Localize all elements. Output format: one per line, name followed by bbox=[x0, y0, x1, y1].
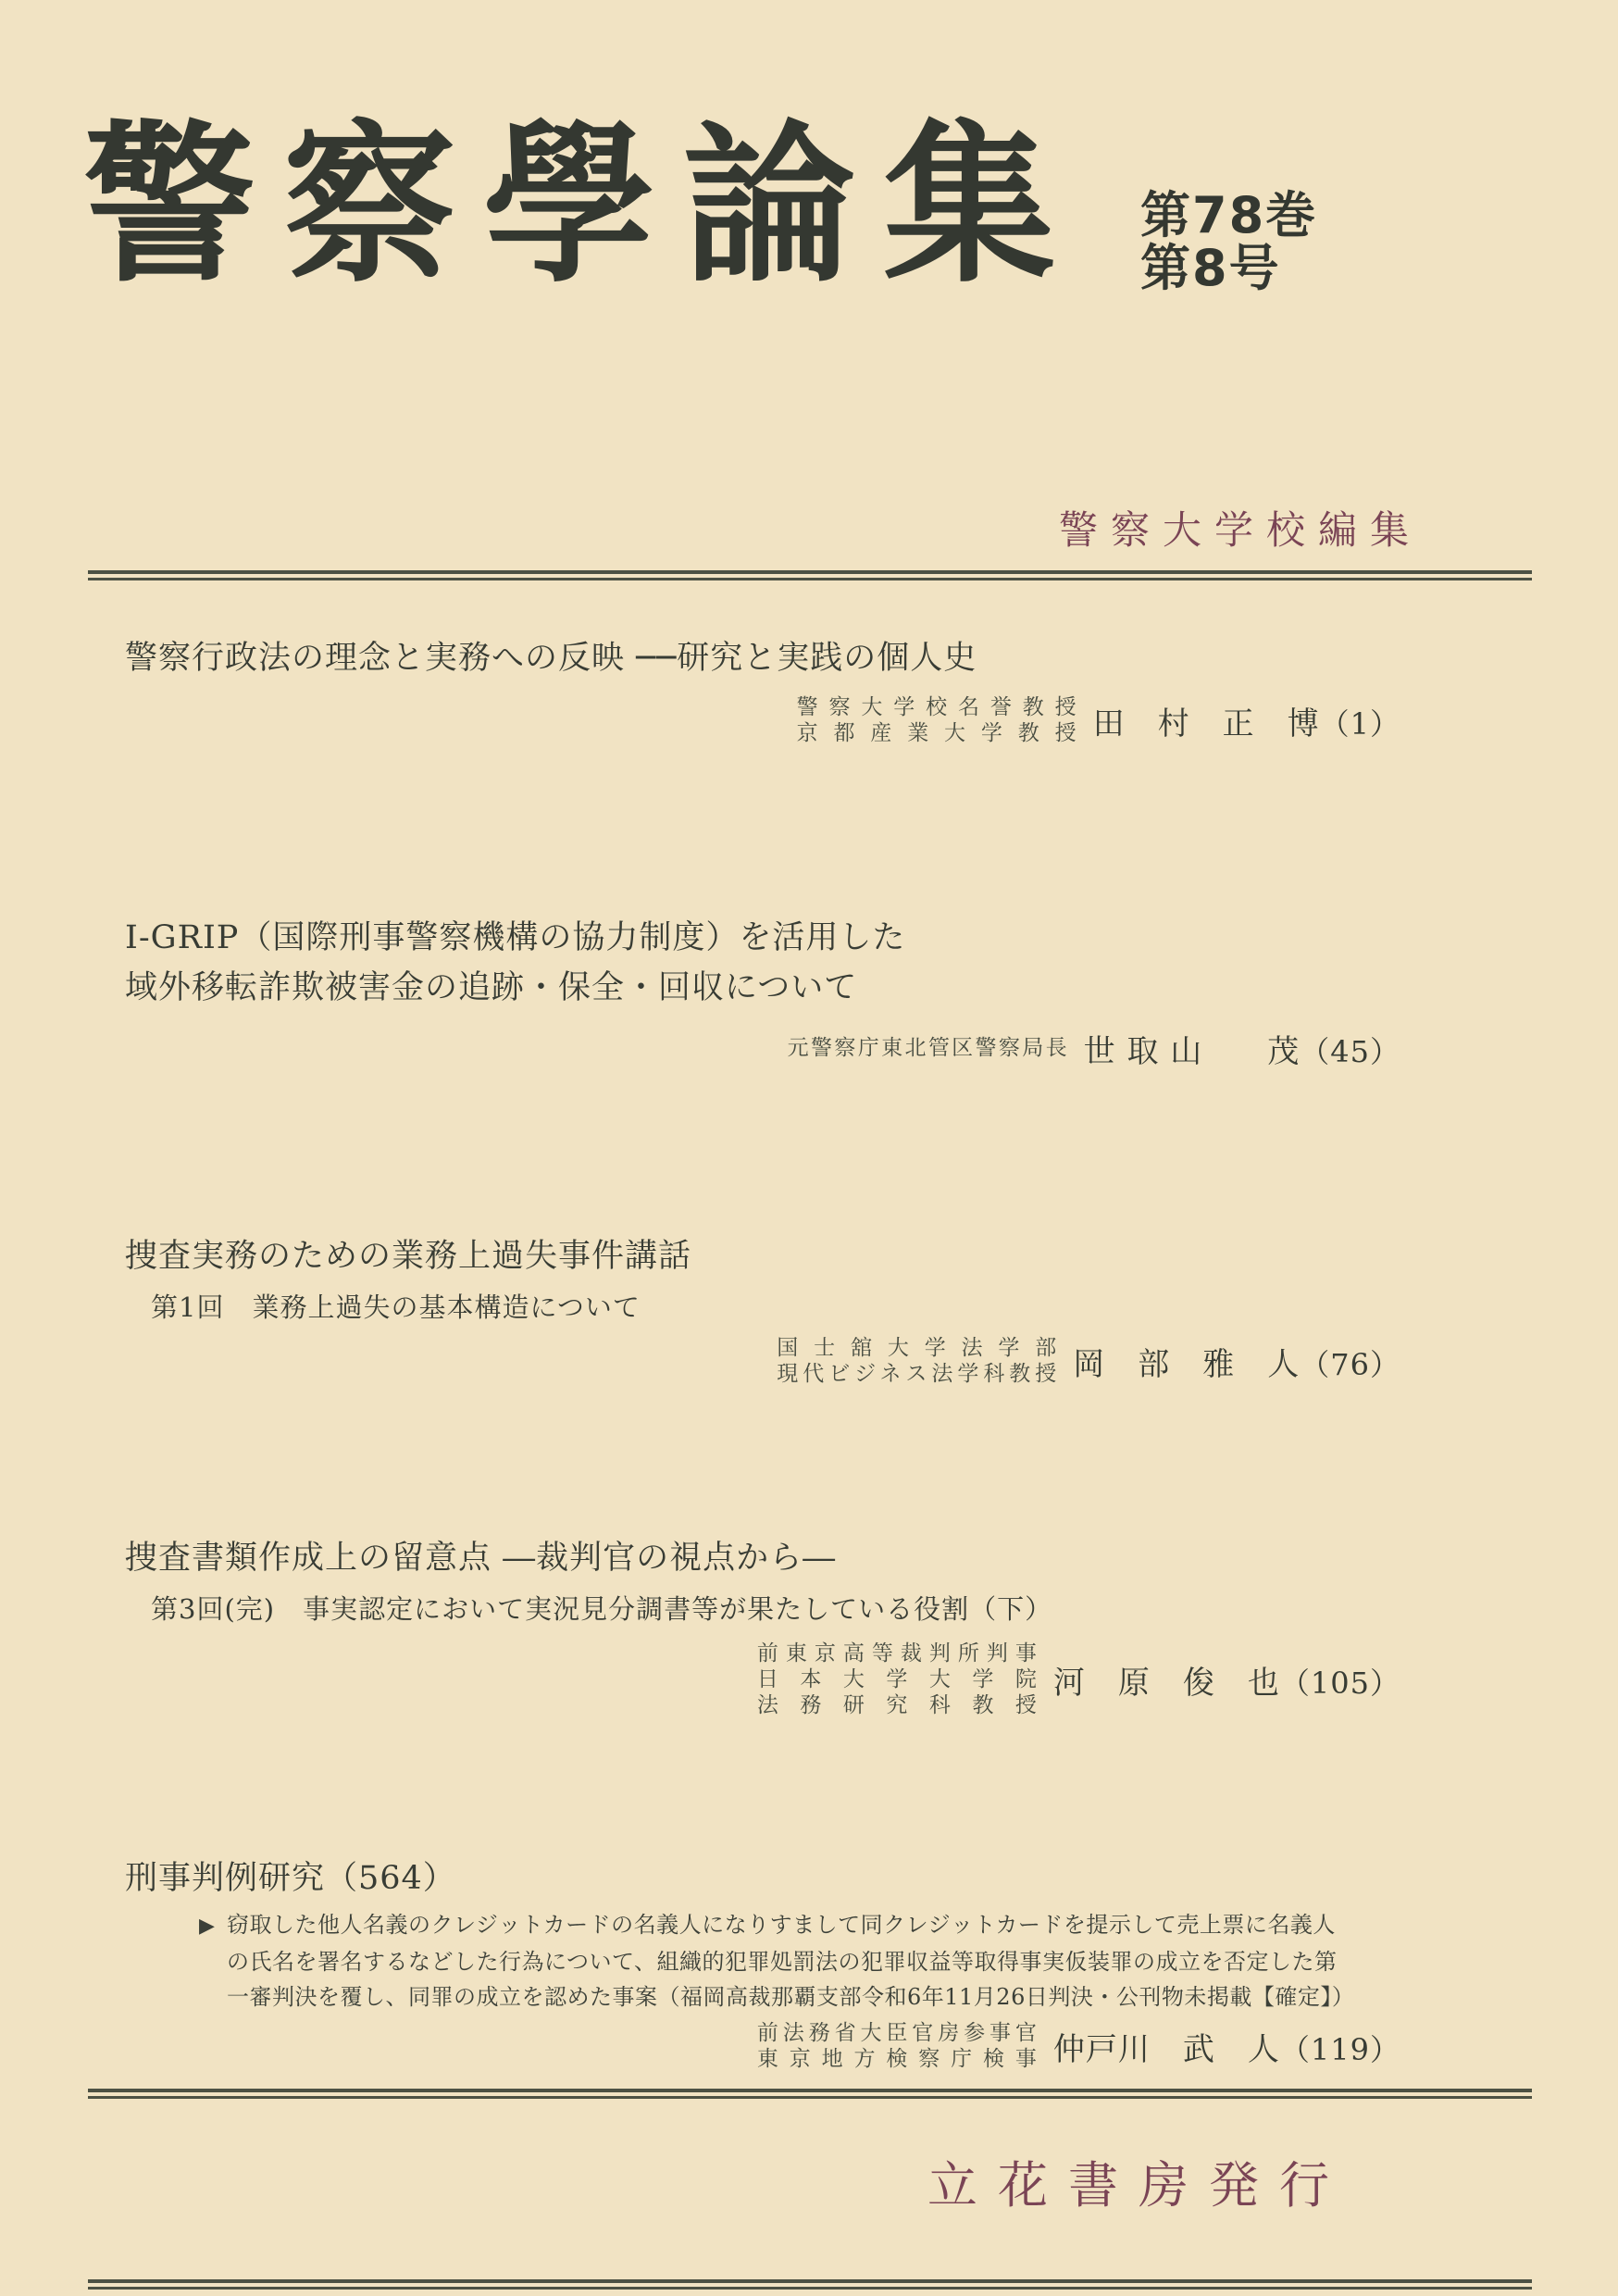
affiliation-line: 法務研究科教授 bbox=[757, 1692, 1037, 1718]
toc-article-4: 捜査書類作成上の留意点 ―裁判官の視点から― 第3回(完) 事実認定において実況… bbox=[88, 1533, 1530, 1718]
case-note-line: ▶窃取した他人名義のクレジットカードの名義人になりすまして同クレジットカードを提… bbox=[199, 1907, 1530, 1944]
author-affiliations: 国士舘大学法学部 現代ビジネス法学科教授 bbox=[777, 1335, 1056, 1387]
article-byline: 警察大学校名誉教授 京都産業大学教授 田 村 正 博（1） bbox=[88, 694, 1530, 746]
article-title-line-1: I-GRIP（国際刑事警察機構の協力制度）を活用した bbox=[88, 913, 1530, 963]
article-title: 捜査実務のための業務上過失事件講話 bbox=[88, 1231, 1530, 1281]
affiliation-line: 警察大学校名誉教授 bbox=[797, 694, 1077, 720]
toc-article-2: I-GRIP（国際刑事警察機構の協力制度）を活用した 域外移転詐欺被害金の追跡・… bbox=[88, 913, 1530, 1071]
affiliation-line: 前法務省大臣官房参事官 bbox=[757, 2020, 1037, 2046]
affiliation-line: 国士舘大学法学部 bbox=[777, 1335, 1056, 1361]
journal-cover: 警察學論集 第78巻 第8号 警察大学校編集 警察行政法の理念と実務への反映 ─… bbox=[0, 0, 1618, 2296]
author-name: 仲戸川 武 人 bbox=[1053, 2031, 1280, 2068]
article-byline: 前法務省大臣官房参事官 東京地方検察庁検事 仲戸川 武 人（119） bbox=[88, 2020, 1530, 2072]
article-title-line-2: 域外移転詐欺被害金の追跡・保全・回収について bbox=[88, 963, 1530, 1013]
affiliation-line: 東京地方検察庁検事 bbox=[757, 2046, 1037, 2072]
divider-top bbox=[88, 570, 1532, 580]
article-byline: 国士舘大学法学部 現代ビジネス法学科教授 岡 部 雅 人（76） bbox=[88, 1335, 1530, 1387]
affiliation-line: 現代ビジネス法学科教授 bbox=[777, 1361, 1056, 1387]
article-title: 捜査書類作成上の留意点 ―裁判官の視点から― bbox=[88, 1533, 1530, 1583]
page-number: （45） bbox=[1300, 1034, 1400, 1069]
author-name: 岡 部 雅 人 bbox=[1073, 1346, 1300, 1383]
case-note-line: の氏名を署名するなどした行為について、組織的犯罪処罰法の犯罪収益等取得事実仮装罪… bbox=[227, 1944, 1530, 1979]
page-number: （1） bbox=[1320, 706, 1400, 742]
author-name-and-page: 仲戸川 武 人（119） bbox=[1053, 2024, 1400, 2069]
case-note: ▶窃取した他人名義のクレジットカードの名義人になりすまして同クレジットカードを提… bbox=[88, 1907, 1530, 2015]
author-name-and-page: 河 原 俊 也（105） bbox=[1053, 1657, 1400, 1703]
page-number: （76） bbox=[1300, 1347, 1400, 1382]
article-byline: 元警察庁東北管区警察局長 世 取 山 茂（45） bbox=[88, 1026, 1530, 1071]
author-name: 田 村 正 博 bbox=[1093, 705, 1320, 742]
article-byline: 前東京高等裁判所判事 日本大学大学院 法務研究科教授 河 原 俊 也（105） bbox=[88, 1641, 1530, 1718]
author-name-and-page: 田 村 正 博（1） bbox=[1093, 698, 1400, 743]
journal-title: 警察學論集 bbox=[83, 119, 1083, 291]
author-name-and-page: 世 取 山 茂（45） bbox=[1084, 1026, 1400, 1071]
toc-article-3: 捜査実務のための業務上過失事件講話 第1回 業務上過失の基本構造について 国士舘… bbox=[88, 1231, 1530, 1387]
author-affiliations: 前法務省大臣官房参事官 東京地方検察庁検事 bbox=[757, 2020, 1037, 2072]
author-affiliations: 前東京高等裁判所判事 日本大学大学院 法務研究科教授 bbox=[757, 1641, 1037, 1718]
article-subtitle: 第1回 業務上過失の基本構造について bbox=[88, 1289, 1530, 1326]
author-name: 河 原 俊 也 bbox=[1053, 1665, 1280, 1702]
article-title: 刑事判例研究（564） bbox=[88, 1853, 1530, 1903]
case-note-line: 一審判決を覆し、同罪の成立を認めた事案（福岡高裁那覇支部令和6年11月26日判決… bbox=[227, 1979, 1530, 2015]
issue-label: 第8号 bbox=[1140, 242, 1317, 294]
volume-label: 第78巻 bbox=[1140, 189, 1317, 242]
author-name: 世 取 山 茂 bbox=[1084, 1033, 1301, 1070]
page-number: （105） bbox=[1280, 1666, 1400, 1701]
editor-label: 警察大学校編集 bbox=[1059, 500, 1422, 555]
case-pointer-icon: ▶ bbox=[199, 1909, 227, 1944]
author-affiliations: 警察大学校名誉教授 京都産業大学教授 bbox=[797, 694, 1077, 746]
toc-article-5: 刑事判例研究（564） ▶窃取した他人名義のクレジットカードの名義人になりすまし… bbox=[88, 1853, 1530, 2072]
author-affiliations: 元警察庁東北管区警察局長 bbox=[788, 1035, 1067, 1061]
toc-article-1: 警察行政法の理念と実務への反映 ──研究と実践の個人史 警察大学校名誉教授 京都… bbox=[88, 633, 1530, 746]
publisher-label: 立花書房発行 bbox=[927, 2146, 1350, 2217]
article-title: 警察行政法の理念と実務への反映 ──研究と実践の個人史 bbox=[88, 633, 1530, 683]
article-subtitle: 第3回(完) 事実認定において実況見分調書等が果たしている役割（下） bbox=[88, 1591, 1530, 1628]
affiliation-line: 京都産業大学教授 bbox=[797, 720, 1077, 746]
affiliation-line: 前東京高等裁判所判事 bbox=[757, 1641, 1037, 1666]
affiliation-line: 日本大学大学院 bbox=[757, 1666, 1037, 1692]
divider-bottom bbox=[88, 2279, 1532, 2290]
divider-publisher bbox=[88, 2089, 1532, 2099]
page-number: （119） bbox=[1280, 2032, 1400, 2067]
volume-issue: 第78巻 第8号 bbox=[1140, 189, 1317, 294]
author-name-and-page: 岡 部 雅 人（76） bbox=[1073, 1339, 1400, 1384]
case-note-text: 窃取した他人名義のクレジットカードの名義人になりすまして同クレジットカードを提示… bbox=[227, 1912, 1336, 1938]
affiliation-line: 元警察庁東北管区警察局長 bbox=[788, 1035, 1067, 1061]
